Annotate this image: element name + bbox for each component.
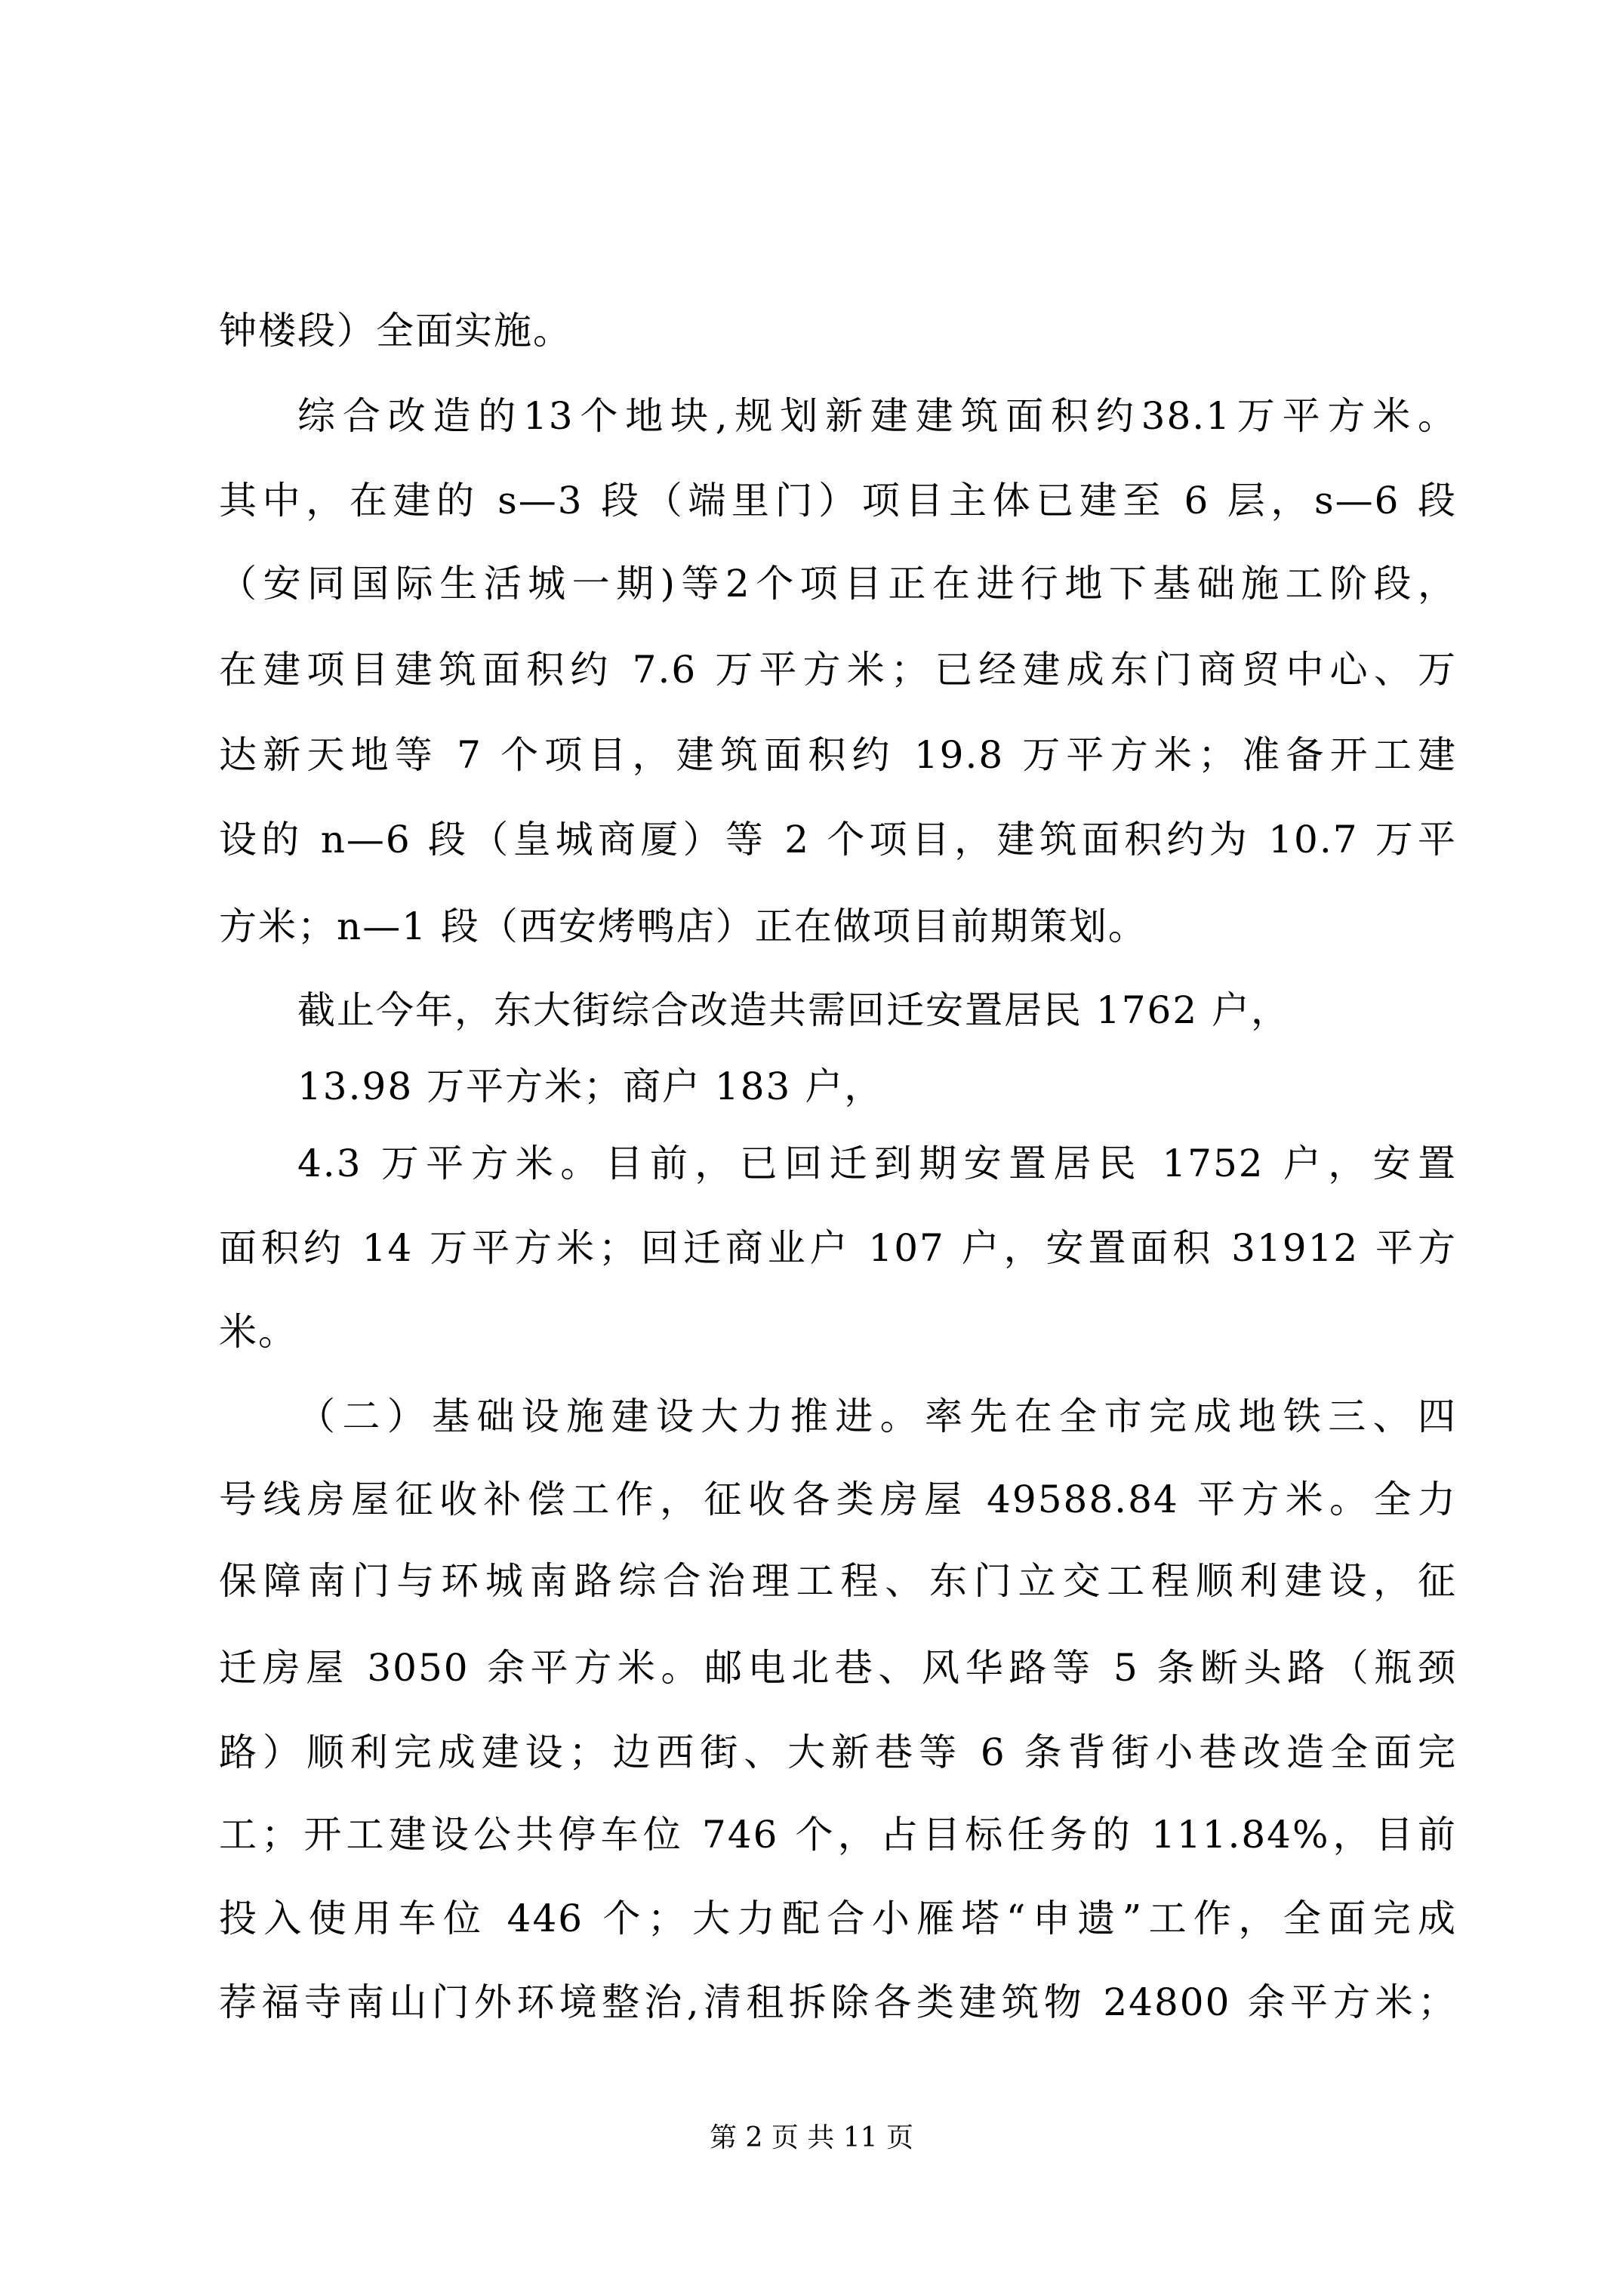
text-line: 截止今年，东大街综合改造共需回迁安置居民 1762 户，	[297, 986, 1290, 1034]
text-line: 号线房屋征收补偿工作，征收各类房屋 49588.84 平方米。全力	[219, 1475, 1457, 1524]
text-line: 综合改造的13个地块,规划新建建筑面积约38.1万平方米。	[297, 392, 1457, 440]
text-line: 米。	[219, 1308, 297, 1356]
document-page: 钟楼段）全面实施。综合改造的13个地块,规划新建建筑面积约38.1万平方米。其中…	[0, 0, 1623, 2296]
text-line: 13.98 万平方米；商户 183 户，	[297, 1062, 883, 1111]
page-footer: 第 2 页 共 11 页	[0, 2122, 1623, 2155]
text-line: （二）基础设施建设大力推进。率先在全市完成地铁三、四	[297, 1392, 1457, 1441]
text-line: 4.3 万平方米。目前，已回迁到期安置居民 1752 户，安置	[297, 1139, 1457, 1188]
text-line: 投入使用车位 446 个；大力配合小雁塔“申遗”工作，全面完成	[219, 1894, 1457, 1943]
text-line: 面积约 14 万平方米；回迁商业户 107 户，安置面积 31912 平方	[219, 1224, 1457, 1272]
text-line: 达新天地等 7 个项目，建筑面积约 19.8 万平方米；准备开工建	[219, 731, 1457, 779]
text-line: 方米；n—1 段（西安烤鸭店）正在做项目前期策划。	[219, 902, 1147, 951]
text-line: 荐福寺南山门外环境整治,清租拆除各类建筑物 24800 余平方米；	[219, 1978, 1457, 2026]
text-line: 其中，在建的 s—3 段（端里门）项目主体已建至 6 层，s—6 段	[219, 476, 1457, 525]
text-line: 钟楼段）全面实施。	[219, 307, 572, 355]
text-line: 迁房屋 3050 余平方米。邮电北巷、风华路等 5 条断头路（瓶颈	[219, 1644, 1457, 1692]
text-line: 在建项目建筑面积约 7.6 万平方米；已经建成东门商贸中心、万	[219, 646, 1457, 694]
text-line: 工；开工建设公共停车位 746 个，占目标任务的 111.84%，目前	[219, 1811, 1457, 1859]
text-line: 设的 n—6 段（皇城商厦）等 2 个项目，建筑面积约为 10.7 万平	[219, 815, 1457, 864]
text-line: （安同国际生活城一期)等2个项目正在进行地下基础施工阶段，	[219, 559, 1457, 608]
text-line: 路）顺利完成建设；边西街、大新巷等 6 条背街小巷改造全面完	[219, 1728, 1457, 1777]
text-line: 保障南门与环城南路综合治理工程、东门立交工程顺利建设，征	[219, 1557, 1457, 1605]
